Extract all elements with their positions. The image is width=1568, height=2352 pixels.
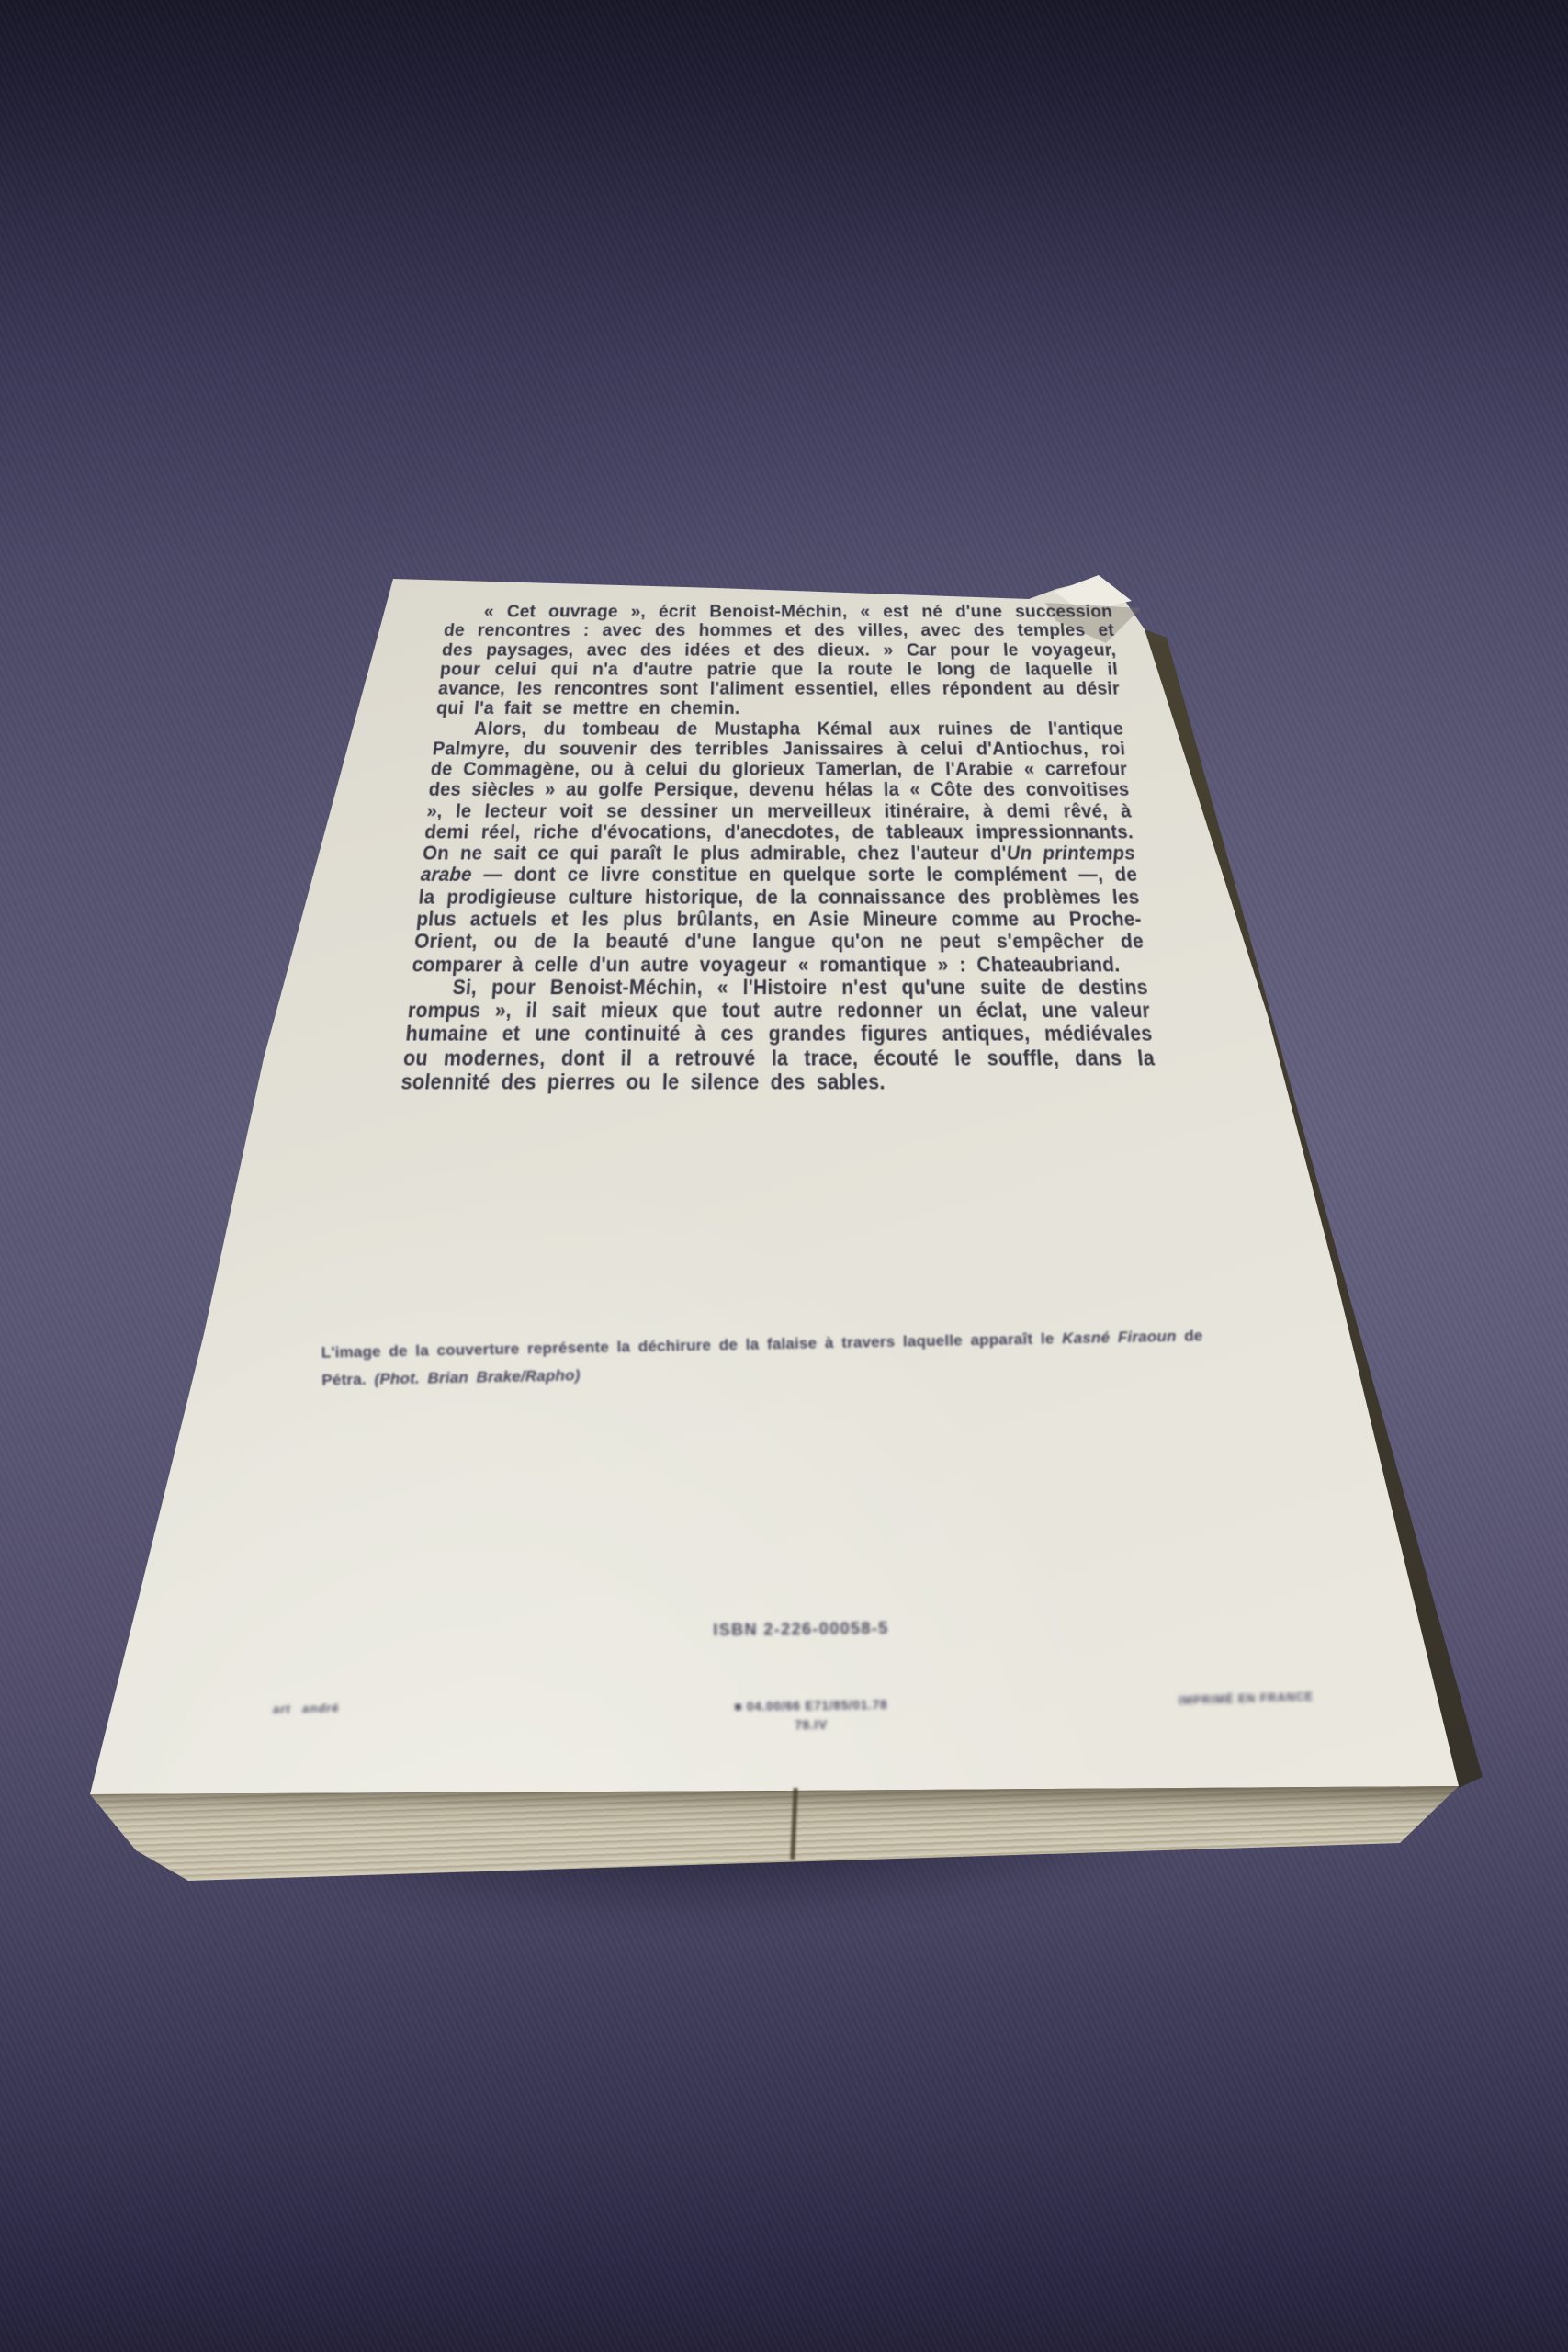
print-code-center: ■ 04.00/66 E71/85/01.78 78.IV	[669, 1695, 954, 1737]
paragraph: « Cet ouvrage », écrit Benoist-Méchin, «…	[435, 603, 1122, 719]
isbn-number: ISBN 2-226-00058-5	[617, 1618, 985, 1641]
paragraph: Si, pour Benoist-Méchin, « l'Histoire n'…	[400, 977, 1157, 1095]
back-cover-text: « Cet ouvrage », écrit Benoist-Méchin, «…	[400, 603, 1157, 1095]
photo-scene: « Cet ouvrage », écrit Benoist-Méchin, «…	[0, 0, 1568, 2352]
text-run: Si, pour Benoist-Méchin, « l'Histoire n'…	[400, 977, 1156, 1095]
italic-text-run: (Phot. Brian Brake/Rapho)	[374, 1366, 580, 1387]
paragraph: Alors, du tombeau de Mustapha Kémal aux …	[412, 719, 1147, 977]
italic-text-run: Kasné Firaoun	[1062, 1328, 1177, 1347]
print-code-left: art andré	[273, 1701, 340, 1716]
print-code-center-line2: 78.IV	[669, 1714, 953, 1737]
text-run: « Cet ouvrage », écrit Benoist-Méchin, «…	[435, 603, 1121, 718]
text-run: — dont ce livre constitue en quelque sor…	[412, 865, 1145, 977]
